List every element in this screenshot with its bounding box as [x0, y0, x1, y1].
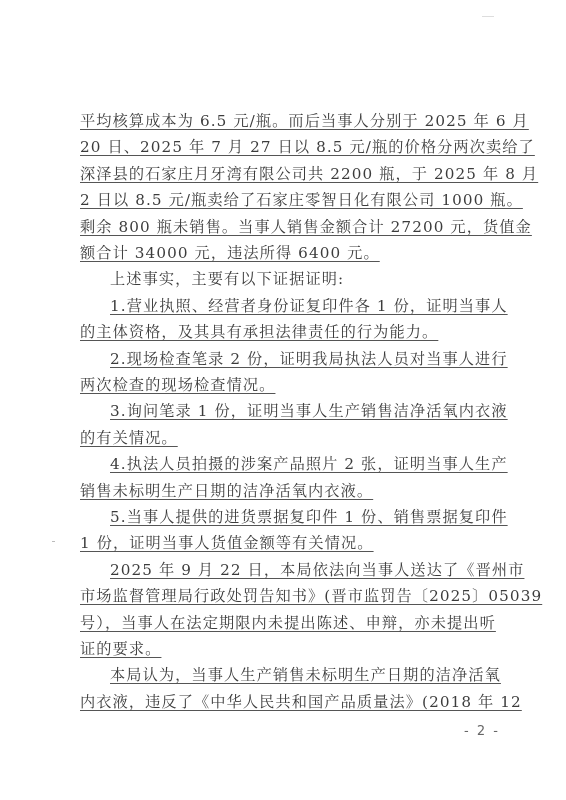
- text-line: 20 日、2025 年 7 月 27 日以 8.5 元/瓶的价格分两次卖给了: [80, 136, 504, 158]
- text-line: 上述事实，主要有以下证据证明:: [110, 268, 504, 290]
- page-number: - 2 -: [464, 724, 500, 739]
- text-line: 证的要求。: [80, 638, 504, 660]
- text-line: 的有关情况。: [80, 427, 504, 449]
- text-line: 2025 年 9 月 22 日，本局依法向当事人送达了《晋州市: [110, 559, 504, 581]
- evidence-item-3: 3.询问笔录 1 份，证明当事人生产销售洁净活氧内衣液: [110, 400, 504, 422]
- evidence-item-5: 5.当事人提供的进货票据复印件 1 份、销售票据复印件: [110, 506, 504, 528]
- text-line: 销售未标明生产日期的洁净活氧内衣液。: [80, 480, 504, 502]
- text-line: 号），当事人在法定期限内未提出陈述、申辩，亦未提出听: [80, 612, 504, 634]
- text-line: 两次检查的现场检查情况。: [80, 374, 504, 396]
- scan-speck: [482, 16, 494, 17]
- text-line: 1 份，证明当事人货值金额等有关情况。: [80, 532, 504, 554]
- evidence-item-4: 4.执法人员拍摄的涉案产品照片 2 张，证明当事人生产: [110, 453, 504, 475]
- scan-speck: [52, 541, 55, 542]
- text-line: 额合计 34000 元，违法所得 6400 元。: [80, 242, 504, 264]
- text-line: 平均核算成本为 6.5 元/瓶。而后当事人分别于 2025 年 6 月: [80, 110, 504, 132]
- text-line: 本局认为，当事人生产销售未标明生产日期的洁净活氧: [110, 664, 504, 686]
- evidence-item-1: 1.营业执照、经营者身份证复印件各 1 份，证明当事人: [110, 295, 504, 317]
- text-line: 剩余 800 瓶未销售。当事人销售金额合计 27200 元，货值金: [80, 216, 504, 238]
- text-line: 深泽县的石家庄月牙湾有限公司共 2200 瓶，于 2025 年 8 月: [80, 163, 504, 185]
- text-line: 内衣液，违反了《中华人民共和国产品质量法》(2018 年 12: [80, 691, 504, 713]
- text-line: 市场监督管理局行政处罚告知书》(晋市监罚告〔2025〕05039: [80, 585, 504, 607]
- evidence-item-2: 2.现场检查笔录 2 份，证明我局执法人员对当事人进行: [110, 348, 504, 370]
- document-page: 平均核算成本为 6.5 元/瓶。而后当事人分别于 2025 年 6 月 20 日…: [0, 0, 566, 800]
- text-line: 的主体资格，及其具有承担法律责任的行为能力。: [80, 321, 504, 343]
- text-line: 2 日以 8.5 元/瓶卖给了石家庄零智日化有限公司 1000 瓶。: [80, 189, 504, 211]
